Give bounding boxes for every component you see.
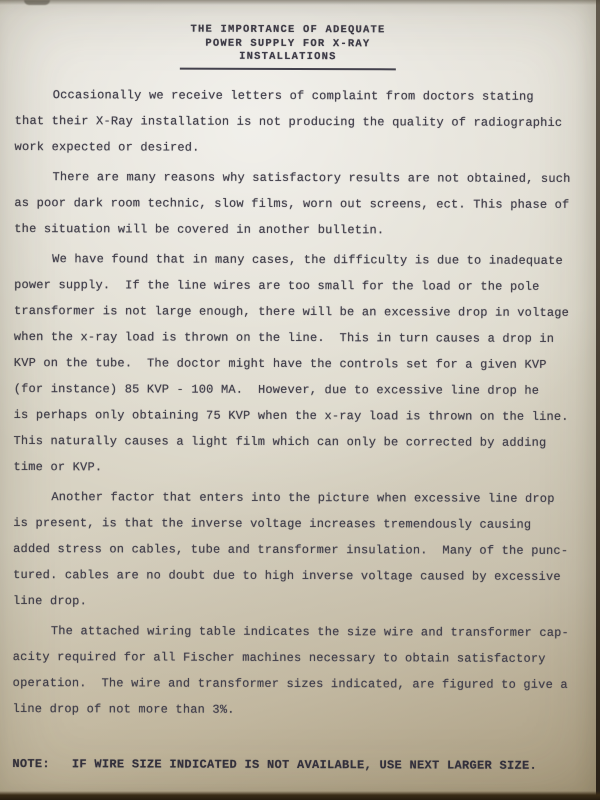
note-text: IF WIRE SIZE INDICATED IS NOT AVAILABLE,… — [72, 751, 537, 779]
text-line: line drop. — [13, 587, 585, 615]
text-line: work expected or desired. — [15, 134, 587, 162]
text-line: acity required for all Fischer machines … — [13, 643, 585, 671]
paragraph: Occasionally we receive letters of compl… — [15, 78, 587, 162]
text-line: is perhaps only obtaining 75 KVP when th… — [14, 401, 586, 429]
text-line: We have found that in many cases, the di… — [14, 246, 586, 274]
document-title: THE IMPORTANCE OF ADEQUATE POWER SUPPLY … — [2, 23, 574, 70]
text-line: Another factor that enters into the pict… — [13, 483, 585, 511]
text-line: that their X-Ray installation is not pro… — [15, 108, 587, 136]
text-line: as poor dark room technic, slow films, w… — [14, 190, 586, 218]
text-line: This naturally causes a light film which… — [13, 427, 585, 455]
page-edge-top-shadow — [0, 0, 600, 5]
text-line: KVP on the tube. The doctor might have t… — [14, 349, 586, 377]
text-line: tured. cables are no doubt due to high i… — [13, 561, 585, 589]
text-line: when the x-ray load is thrown on the lin… — [14, 323, 586, 351]
page-edge-bottom-shadow — [0, 791, 600, 800]
title-line-3: INSTALLATIONS — [190, 51, 385, 65]
text-line: (for instance) 85 KVP - 100 MA. However,… — [14, 375, 586, 403]
document-page: THE IMPORTANCE OF ADEQUATE POWER SUPPLY … — [12, 23, 587, 778]
title-line-2: POWER SUPPLY FOR X-RAY — [190, 37, 385, 51]
title-line-1: THE IMPORTANCE OF ADEQUATE — [190, 24, 385, 38]
document-title-block: THE IMPORTANCE OF ADEQUATE POWER SUPPLY … — [180, 24, 395, 70]
text-line: the situation will be covered in another… — [14, 216, 586, 244]
text-line: line drop of not more than 3%. — [13, 695, 585, 723]
text-line: power supply. If the line wires are too … — [14, 272, 586, 300]
note-line: NOTE: IF WIRE SIZE INDICATED IS NOT AVAI… — [12, 721, 584, 778]
page-edge-right-shadow — [596, 0, 600, 800]
text-line: time or KVP. — [13, 453, 585, 481]
paragraph: There are many reasons why satisfactory … — [14, 160, 586, 244]
text-line: is present, is that the inverse voltage … — [13, 509, 585, 537]
text-line: transformer is not large enough, there w… — [14, 298, 586, 326]
paragraph: The attached wiring table indicates the … — [13, 613, 585, 723]
text-line: added stress on cables, tube and transfo… — [13, 535, 585, 563]
text-line: There are many reasons why satisfactory … — [14, 164, 586, 192]
note-label: NOTE: — [12, 750, 50, 776]
paragraph: We have found that in many cases, the di… — [13, 242, 586, 482]
text-line: Occasionally we receive letters of compl… — [15, 82, 587, 110]
text-line: operation. The wire and transformer size… — [13, 669, 585, 697]
text-line: The attached wiring table indicates the … — [13, 617, 585, 645]
paragraph: Another factor that enters into the pict… — [13, 479, 585, 615]
